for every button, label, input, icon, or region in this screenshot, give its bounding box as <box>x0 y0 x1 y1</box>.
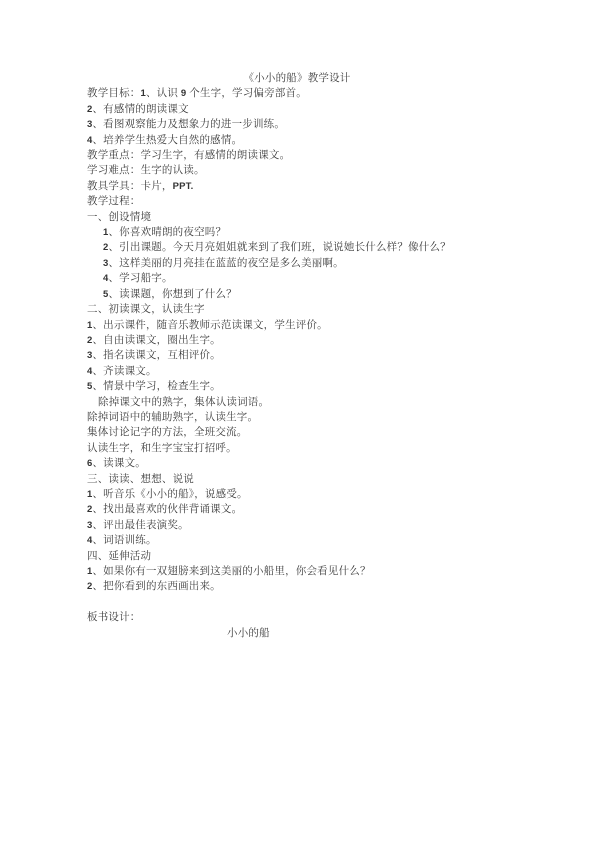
doc-line: 除掉课文中的熟字，集体认读词语。 <box>87 395 507 410</box>
doc-list-item: 2、把你看到的东西画出来。 <box>87 579 507 594</box>
section-heading: 四、延伸活动 <box>87 549 507 564</box>
doc-list-item: 5、情景中学习，检查生字。 <box>87 379 507 394</box>
blank-line <box>87 595 507 610</box>
doc-line: 除掉词语中的辅助熟字，认读生字。 <box>87 410 507 425</box>
doc-list-item: 2、自由读课文，圈出生字。 <box>87 333 507 348</box>
doc-list-item: 2、引出课题。今天月亮姐姐就来到了我们班，说说她长什么样？像什么？ <box>87 240 507 255</box>
doc-line: 教学重点：学习生字，有感情的朗读课文。 <box>87 148 507 163</box>
doc-list-item: 1、你喜欢晴朗的夜空吗？ <box>87 225 507 240</box>
doc-list-item: 5、读课题，你想到了什么？ <box>87 287 507 302</box>
doc-line: 教学目标：1、认识 9 个生字，学习偏旁部首。 <box>87 86 507 101</box>
doc-line: 3、看图观察能力及想象力的进一步训练。 <box>87 117 507 132</box>
doc-line: 认读生字，和生字宝宝打招呼。 <box>87 441 507 456</box>
doc-list-item: 1、如果你有一双翅膀来到这美丽的小船里，你会看见什么？ <box>87 564 507 579</box>
doc-line: 教具学具：卡片，PPT. <box>87 179 507 194</box>
doc-list-item: 4、齐读课文。 <box>87 364 507 379</box>
doc-list-item: 1、听音乐《小小的船》，说感受。 <box>87 487 507 502</box>
doc-title: 《小小的船》教学设计 <box>87 71 507 86</box>
doc-line: 教学过程： <box>87 194 507 209</box>
doc-list-item: 4、词语训练。 <box>87 533 507 548</box>
board-design-label: 板书设计： <box>87 610 507 625</box>
doc-line: 2、有感情的朗读课文 <box>87 102 507 117</box>
section-heading: 二、初读课文，认读生字 <box>87 302 507 317</box>
doc-line: 集体讨论记字的方法，全班交流。 <box>87 425 507 440</box>
section-heading: 三、读读、想想、说说 <box>87 472 507 487</box>
document-content: 《小小的船》教学设计 教学目标：1、认识 9 个生字，学习偏旁部首。 2、有感情… <box>0 0 595 641</box>
doc-list-item: 1、出示课件，随音乐教师示范读课文，学生评价。 <box>87 318 507 333</box>
doc-line: 4、培养学生热爱大自然的感情。 <box>87 133 507 148</box>
doc-list-item: 3、指名读课文，互相评价。 <box>87 348 507 363</box>
doc-list-item: 3、评出最佳表演奖。 <box>87 518 507 533</box>
doc-list-item: 6、读课文。 <box>87 456 507 471</box>
doc-list-item: 4、学习船字。 <box>87 271 507 286</box>
doc-list-item: 3、这样美丽的月亮挂在蓝蓝的夜空是多么美丽啊。 <box>87 256 507 271</box>
document-page: 《小小的船》教学设计 教学目标：1、认识 9 个生字，学习偏旁部首。 2、有感情… <box>0 0 595 842</box>
section-heading: 一、创设情境 <box>87 210 507 225</box>
doc-list-item: 2、找出最喜欢的伙伴背诵课文。 <box>87 502 507 517</box>
doc-line: 学习难点：生字的认读。 <box>87 163 507 178</box>
board-title: 小小的船 <box>87 626 507 641</box>
